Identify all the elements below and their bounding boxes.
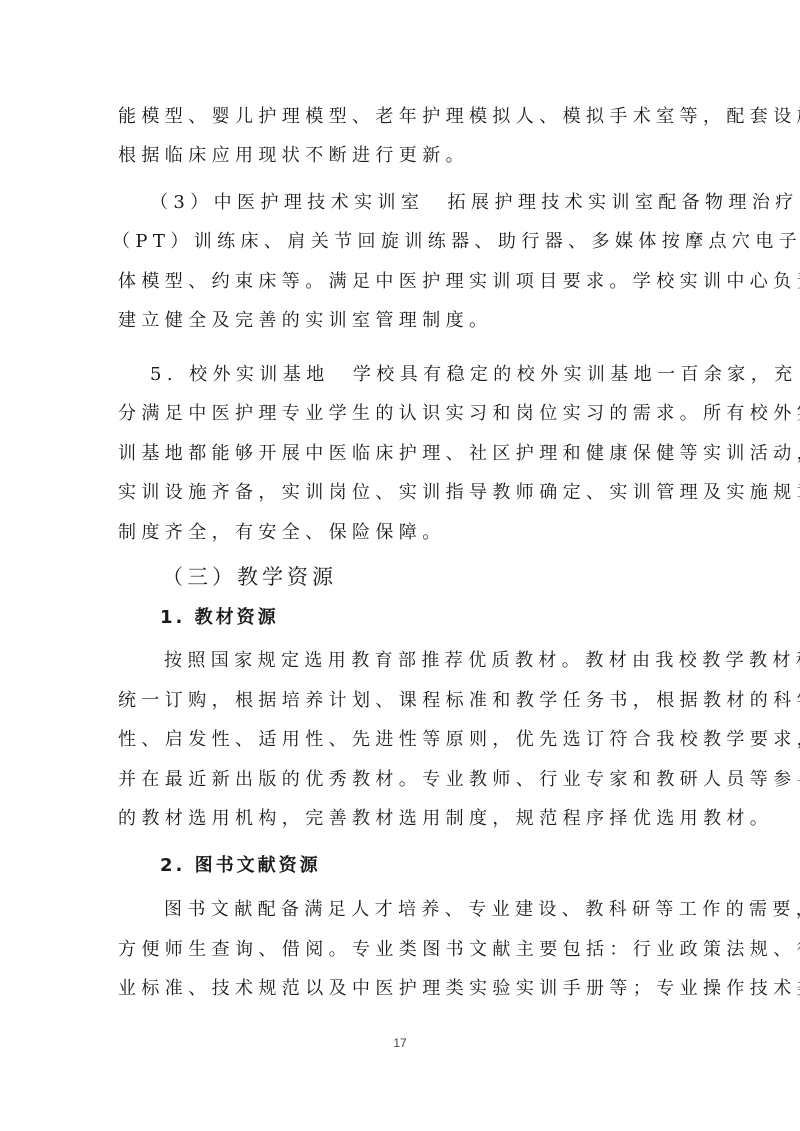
subsection-heading: 1. 教材资源 bbox=[160, 607, 730, 629]
paragraph-line: 建立健全及完善的实训室管理制度。 bbox=[118, 310, 688, 332]
paragraph-line: 的教材选用机构，完善教材选用制度，规范程序择优选用教材。 bbox=[118, 808, 688, 830]
paragraph-line: 实训设施齐备，实训岗位、实训指导教师确定、实训管理及实施规章 bbox=[118, 482, 688, 504]
page-number: 17 bbox=[0, 1036, 800, 1050]
paragraph-line: 根据临床应用现状不断进行更新。 bbox=[118, 145, 688, 167]
paragraph-line: 性、启发性、适用性、先进性等原则，优先选订符合我校教学要求， bbox=[118, 729, 688, 751]
paragraph-line: 分满足中医护理专业学生的认识实习和岗位实习的需求。所有校外实 bbox=[118, 403, 688, 425]
paragraph-line: 统一订购，根据培养计划、课程标准和教学任务书，根据教材的科学 bbox=[118, 690, 688, 712]
paragraph-line: 并在最近新出版的优秀教材。专业教师、行业专家和教研人员等参与 bbox=[118, 769, 688, 791]
paragraph-line: 业标准、技术规范以及中医护理类实验实训手册等；专业操作技术类 bbox=[118, 978, 688, 1000]
subsection-heading: 2. 图书文献资源 bbox=[160, 855, 730, 877]
paragraph-line: 按照国家规定选用教育部推荐优质教材。教材由我校教学教材科 bbox=[164, 650, 734, 672]
paragraph-line: （PT）训练床、肩关节回旋训练器、助行器、多媒体按摩点穴电子人 bbox=[112, 231, 682, 253]
section-heading: （三）教学资源 bbox=[162, 566, 732, 588]
paragraph-line: 方便师生查询、借阅。专业类图书文献主要包括：行业政策法规、行 bbox=[118, 939, 688, 961]
paragraph-line: （3）中医护理技术实训室 拓展护理技术实训室配备物理治疗 bbox=[150, 192, 720, 214]
paragraph-line: 5. 校外实训基地 学校具有稳定的校外实训基地一百余家，充 bbox=[150, 364, 720, 386]
paragraph-line: 制度齐全，有安全、保险保障。 bbox=[118, 522, 688, 544]
paragraph-line: 图书文献配备满足人才培养、专业建设、教科研等工作的需要， bbox=[164, 899, 734, 921]
paragraph-line: 体模型、约束床等。满足中医护理实训项目要求。学校实训中心负责 bbox=[118, 271, 688, 293]
paragraph-line: 能模型、婴儿护理模型、老年护理模拟人、模拟手术室等，配套设施 bbox=[118, 106, 688, 128]
document-page: 能模型、婴儿护理模型、老年护理模拟人、模拟手术室等，配套设施 根据临床应用现状不… bbox=[0, 0, 800, 1131]
paragraph-line: 训基地都能够开展中医临床护理、社区护理和健康保健等实训活动， bbox=[118, 443, 688, 465]
